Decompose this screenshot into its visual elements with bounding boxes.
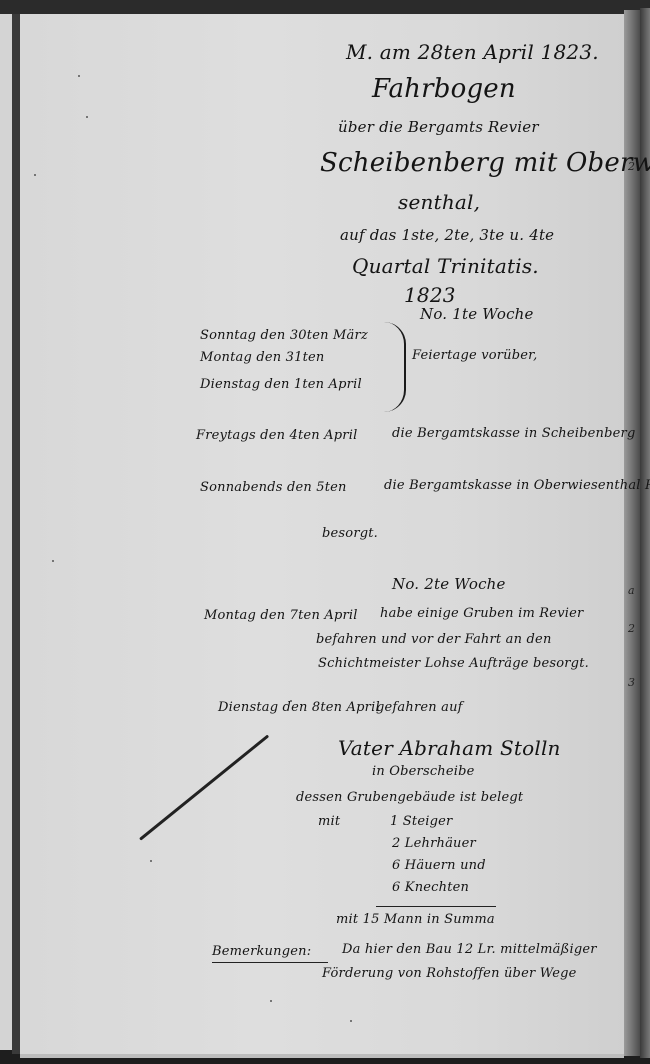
edge-mark: 2 (628, 160, 635, 173)
entry-date: Dienstag den 1ten April (200, 377, 362, 392)
crew-item: 6 Knechten (392, 880, 469, 895)
entry-date: Dienstag den 8ten April (218, 700, 380, 715)
mine-location: in Oberscheibe (372, 764, 475, 779)
crew-label: mit (318, 814, 340, 829)
subtitle-line-3: senthal, (398, 190, 480, 214)
top-scan-border (0, 0, 650, 14)
binding-gutter (12, 14, 20, 1054)
document-title: Fahrbogen (372, 74, 516, 104)
subtitle-line-2: Scheibenberg mit Oberwie (320, 148, 650, 178)
mine-status: dessen Grubengebäude ist belegt (296, 790, 523, 805)
paper-speck (270, 1000, 272, 1002)
entry-date: Freytags den 4ten April (196, 428, 357, 443)
paper-speck (78, 75, 80, 77)
year: 1823 (404, 283, 456, 307)
margin-label-underline (212, 962, 328, 963)
subtitle-line-4: auf das 1ste, 2te, 3te u. 4te (340, 226, 554, 244)
remark-line-1: Da hier den Bau 12 Lr. mittelmäßiger (342, 942, 597, 957)
entry-date: Montag den 31ten (200, 350, 325, 365)
entry-date: Montag den 7ten April (204, 608, 358, 623)
margin-label: Bemerkungen: (212, 944, 311, 959)
week-2-heading: No. 2te Woche (392, 575, 506, 593)
paper-speck (86, 116, 88, 118)
mine-name: Vater Abraham Stolln (338, 736, 561, 760)
paper-speck (52, 560, 54, 562)
entry-text: die Bergamtskasse in Oberwiesenthal Revi… (384, 478, 650, 493)
entry-continuation: besorgt. (322, 526, 378, 541)
paper-speck (34, 174, 36, 176)
entry-date: Sonntag den 30ten März (200, 328, 368, 343)
paper-speck (150, 860, 152, 862)
sum-rule (376, 906, 496, 907)
paper-speck (290, 700, 292, 702)
crew-item: 2 Lehrhäuer (392, 836, 476, 851)
grouping-brace (384, 322, 406, 412)
crew-total: mit 15 Mann in Summa (336, 912, 495, 927)
edge-mark: 2 (628, 622, 635, 635)
subtitle-line-5: Quartal Trinitatis. (352, 254, 539, 278)
entry-text: die Bergamtskasse in Scheibenberg (392, 426, 635, 441)
edge-mark: a (628, 584, 635, 597)
remark-line-2: Förderung von Rohstoffen über Wege (322, 966, 577, 981)
subtitle-line-1: über die Bergamts Revier (338, 118, 539, 136)
edge-mark: 3 (628, 676, 635, 689)
brace-annotation: Feiertage vorüber, (412, 348, 537, 363)
paper-speck (350, 1020, 352, 1022)
entry-text: gefahren auf (376, 700, 463, 715)
previous-page-sliver (0, 14, 12, 1050)
entry-text: Schichtmeister Lohse Aufträge besorgt. (318, 656, 589, 671)
entry-text: befahren und vor der Fahrt an den (316, 632, 552, 647)
dateline: M. am 28ten April 1823. (346, 40, 599, 64)
crew-item: 6 Häuern und (392, 858, 486, 873)
entry-date: Sonnabends den 5ten (200, 480, 347, 495)
week-1-heading: No. 1te Woche (420, 305, 534, 323)
crew-item: 1 Steiger (390, 814, 452, 829)
entry-text: habe einige Gruben im Revier (380, 606, 583, 621)
